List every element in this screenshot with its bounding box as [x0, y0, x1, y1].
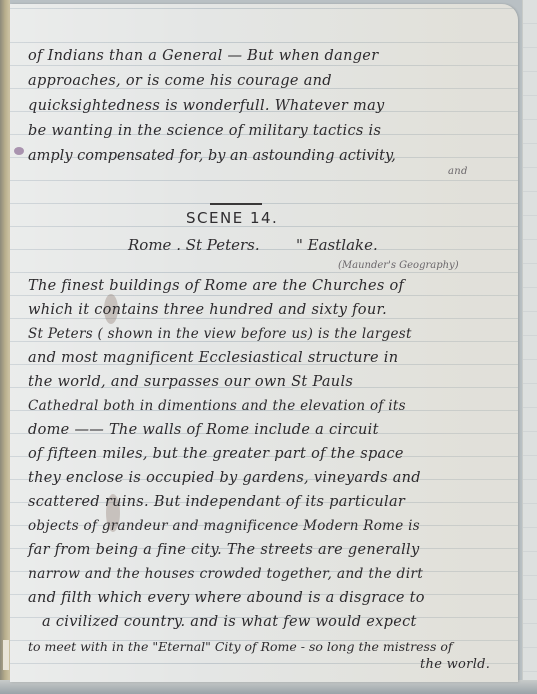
interlinear-insertion: and [448, 166, 468, 177]
scene-heading: SCENE 14. [186, 209, 278, 227]
text-line: St Peters ( shown in the view before us)… [28, 322, 412, 347]
scene-author: " Eastlake. [296, 236, 378, 254]
text-line: far from being a fine city. The streets … [28, 538, 419, 563]
section-divider [210, 203, 262, 205]
text-line: to meet with in the "Eternal" City of Ro… [28, 634, 453, 659]
book-binding-edge [0, 0, 10, 694]
purple-ink-blot [14, 147, 24, 155]
binding-tape [3, 640, 9, 670]
page-bottom-shadow [0, 680, 537, 694]
text-line: dome —— The walls of Rome include a circ… [28, 418, 379, 443]
text-line: narrow and the houses crowded together, … [28, 562, 423, 587]
manuscript-page: of Indians than a General — But when dan… [10, 4, 518, 682]
text-line: and most magnificent Ecclesiastical stru… [28, 346, 398, 371]
text-line: they enclose is occupied by gardens, vin… [28, 466, 421, 491]
text-line: Cathedral both in dimentions and the ele… [28, 394, 406, 419]
text-line: which it contains three hundred and sixt… [28, 298, 387, 323]
scene-place: Rome . St Peters. [128, 236, 260, 254]
text-line: a civilized country. and is what few wou… [42, 610, 417, 635]
text-line: of fifteen miles, but the greater part o… [28, 442, 404, 467]
text-line: the world, and surpasses our own St Paul… [28, 370, 353, 395]
adjacent-page-edge [522, 0, 537, 694]
text-line: and filth which every where abound is a … [28, 586, 425, 611]
text-line: objects of grandeur and magnificence Mod… [28, 514, 420, 539]
text-line: be wanting in the science of military ta… [28, 119, 381, 144]
source-annotation: (Maunder's Geography) [338, 260, 459, 271]
text-line: amply compensated for, by an astounding … [28, 144, 396, 169]
text-line: of Indians than a General — But when dan… [28, 44, 378, 69]
text-line: scattered ruins. But independant of its … [28, 490, 405, 515]
text-line: approaches, or is come his courage and [28, 69, 332, 94]
text-line: The finest buildings of Rome are the Chu… [28, 274, 404, 299]
text-line: the world. [420, 652, 490, 677]
text-line: quicksightedness is wonderfull. Whatever… [28, 94, 385, 119]
